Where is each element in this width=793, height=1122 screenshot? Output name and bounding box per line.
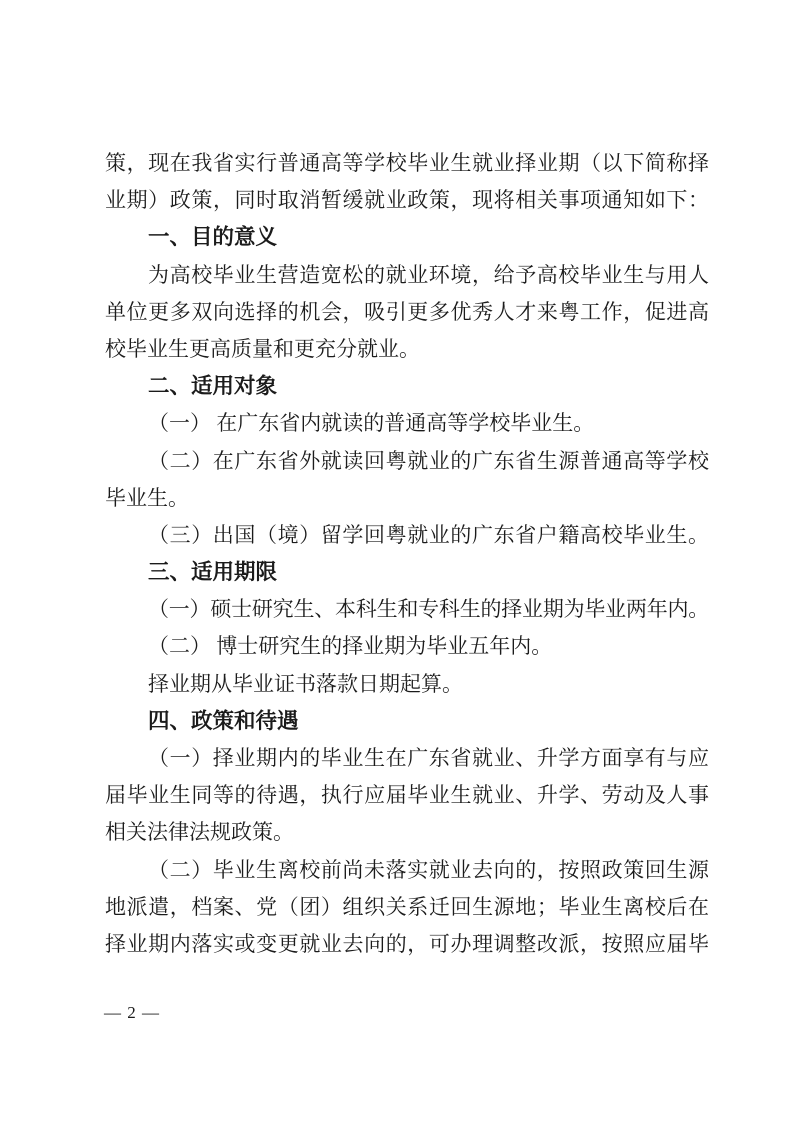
- doc-line: （三）出国（境）留学回粤就业的广东省户籍高校毕业生。: [105, 517, 709, 554]
- doc-line: 单位更多双向选择的机会，吸引更多优秀人才来粤工作，促进高: [105, 294, 709, 331]
- section-heading: 二、适用对象: [105, 368, 709, 405]
- section-heading: 三、适用期限: [105, 554, 709, 591]
- doc-line: 策，现在我省实行普通高等学校毕业生就业择业期（以下简称择: [105, 145, 709, 182]
- doc-line: 届毕业生同等的待遇，执行应届毕业生就业、升学、劳动及人事: [105, 777, 709, 814]
- doc-line: （一） 在广东省内就读的普通高等学校毕业生。: [105, 405, 709, 442]
- doc-line: 地派遣，档案、党（团）组织关系迁回生源地；毕业生离校后在: [105, 889, 709, 926]
- doc-line: 毕业生。: [105, 480, 709, 517]
- doc-line: （二）在广东省外就读回粤就业的广东省生源普通高等学校: [105, 443, 709, 480]
- doc-line: 校毕业生更高质量和更充分就业。: [105, 331, 709, 368]
- page-number: — 2 —: [104, 1002, 160, 1024]
- doc-line: 择业期从毕业证书落款日期起算。: [105, 666, 709, 703]
- section-heading: 一、目的意义: [105, 219, 709, 256]
- doc-line: 相关法律法规政策。: [105, 814, 709, 851]
- doc-line: （二） 博士研究生的择业期为毕业五年内。: [105, 628, 709, 665]
- doc-line: 业期）政策，同时取消暂缓就业政策，现将相关事项通知如下：: [105, 182, 709, 219]
- doc-line: （一）择业期内的毕业生在广东省就业、升学方面享有与应: [105, 740, 709, 777]
- doc-line: （一）硕士研究生、本科生和专科生的择业期为毕业两年内。: [105, 591, 709, 628]
- document-body: 策，现在我省实行普通高等学校毕业生就业择业期（以下简称择 业期）政策，同时取消暂…: [105, 145, 709, 963]
- doc-line: 为高校毕业生营造宽松的就业环境，给予高校毕业生与用人: [105, 257, 709, 294]
- document-page: 策，现在我省实行普通高等学校毕业生就业择业期（以下简称择 业期）政策，同时取消暂…: [0, 0, 793, 1122]
- doc-line: （二）毕业生离校前尚未落实就业去向的，按照政策回生源: [105, 852, 709, 889]
- section-heading: 四、政策和待遇: [105, 703, 709, 740]
- doc-line: 择业期内落实或变更就业去向的，可办理调整改派，按照应届毕: [105, 926, 709, 963]
